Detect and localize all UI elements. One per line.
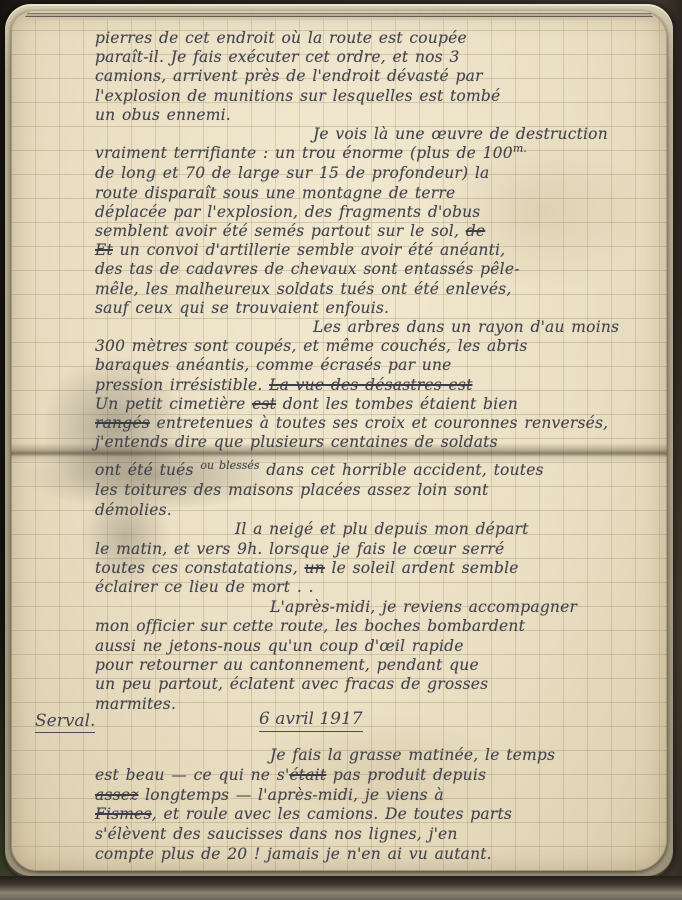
text-segment: démolies. xyxy=(95,501,172,519)
text-segment: éclairer ce lieu de mort . . xyxy=(95,578,314,596)
handwritten-line: démolies. xyxy=(95,501,659,520)
handwritten-line: L'après-midi, je reviens accompagner xyxy=(95,598,659,617)
text-segment: déplacée par l'explosion, des fragments … xyxy=(95,203,480,221)
text-segment: pierres de cet endroit où la route est c… xyxy=(95,29,467,47)
handwritten-line: rangés entretenues à toutes ses croix et… xyxy=(95,414,659,433)
text-segment: l'explosion de munitions sur lesquelles … xyxy=(95,87,500,105)
handwritten-line: toutes ces constatations, un le soleil a… xyxy=(95,559,659,578)
handwritten-line: est beau — ce qui ne s'était pas produit… xyxy=(95,766,659,786)
struck-text: est xyxy=(252,395,276,413)
notebook-cover-edge xyxy=(0,876,682,900)
text-segment: les toitures des maisons placées assez l… xyxy=(95,481,488,499)
text-segment: 300 mètres sont coupés, et même couchés,… xyxy=(95,337,528,355)
text-segment: longtemps — l'après-midi, je viens à xyxy=(139,786,444,804)
handwritten-line: Les arbres dans un rayon d'au moins xyxy=(95,318,659,337)
text-segment: s'élèvent des saucisses dans nos lignes,… xyxy=(95,825,458,843)
text-segment: le soleil ardent semble xyxy=(325,559,519,577)
text-segment: entretenues à toutes ses croix et couron… xyxy=(150,414,608,432)
struck-text: La vue des désastres est xyxy=(269,376,472,394)
handwritten-line: vraiment terrifiante : un trou énorme (p… xyxy=(95,144,659,164)
handwritten-line: des tas de cadavres de chevaux sont enta… xyxy=(95,260,659,279)
text-segment: ont été tués xyxy=(95,461,200,479)
handwritten-line: Fismes, et roule avec les camions. De to… xyxy=(95,805,659,825)
handwritten-line: aussi ne jetons-nous qu'un coup d'œil ra… xyxy=(95,637,659,656)
handwritten-line: un peu partout, éclatent avec fracas de … xyxy=(95,675,659,694)
text-segment: un obus ennemi. xyxy=(95,106,231,124)
text-segment: un peu partout, éclatent avec fracas de … xyxy=(95,675,488,693)
handwritten-line: le matin, et vers 9h. lorsque je fais le… xyxy=(95,540,659,559)
handwritten-line: s'élèvent des saucisses dans nos lignes,… xyxy=(95,825,659,845)
text-segment: est beau — ce qui ne s' xyxy=(95,766,289,784)
handwritten-line: baraques anéantis, comme écrasés par une xyxy=(95,356,659,375)
handwritten-line: semblent avoir été semés partout sur le … xyxy=(95,222,659,241)
handwritten-line: assez longtemps — l'après-midi, je viens… xyxy=(95,786,659,806)
handwritten-line: Je vois là une œuvre de destruction xyxy=(95,125,659,144)
handwritten-line: camions, arrivent près de l'endroit déva… xyxy=(95,67,659,86)
margin-note: Serval. xyxy=(35,711,95,733)
text-segment: un convoi d'artillerie semble avoir été … xyxy=(113,241,505,259)
handwritten-line: paraît-il. Je fais exécuter cet ordre, e… xyxy=(95,48,659,67)
text-segment: L'après-midi, je reviens accompagner xyxy=(270,598,577,616)
date-heading: 6 avril 1917 xyxy=(259,709,363,732)
text-segment: pression irrésistible. xyxy=(95,376,269,394)
handwritten-line: un obus ennemi. xyxy=(95,106,659,125)
text-segment: marmites. xyxy=(95,695,176,713)
handwritten-line: Je fais la grasse matinée, le temps xyxy=(95,746,659,766)
handwritten-line: l'explosion de munitions sur lesquelles … xyxy=(95,87,659,106)
handwritten-line: de long et 70 de large sur 15 de profond… xyxy=(95,164,659,183)
struck-text: rangés xyxy=(95,414,150,432)
struck-text: un xyxy=(304,559,324,577)
text-segment: de long et 70 de large sur 15 de profond… xyxy=(95,164,490,182)
text-segment: compte plus de 20 ! jamais je n'en ai vu… xyxy=(95,845,492,863)
text-segment: Un petit cimetière xyxy=(95,395,252,413)
struck-text: assez xyxy=(95,786,139,804)
handwritten-line: déplacée par l'explosion, des fragments … xyxy=(95,203,659,222)
struck-text: était xyxy=(289,766,326,784)
handwritten-line: mon officier sur cette route, les boches… xyxy=(95,617,659,636)
page-top-edges xyxy=(25,11,653,20)
diary-page: pierres de cet endroit où la route est c… xyxy=(11,11,667,871)
text-segment: Les arbres dans un rayon d'au moins xyxy=(313,318,619,336)
diary-photo: pierres de cet endroit où la route est c… xyxy=(0,0,682,900)
text-segment: aussi ne jetons-nous qu'un coup d'œil ra… xyxy=(95,637,464,655)
inserted-text: m. xyxy=(513,142,527,155)
handwritten-line: route disparaît sous une montagne de ter… xyxy=(95,184,659,203)
text-segment: sauf ceux qui se trouvaient enfouis. xyxy=(95,299,389,317)
text-segment: des tas de cadavres de chevaux sont enta… xyxy=(95,260,520,278)
text-segment: baraques anéantis, comme écrasés par une xyxy=(95,356,452,374)
handwritten-line: Un petit cimetière est dont les tombes é… xyxy=(95,395,659,414)
struck-text: Fismes xyxy=(95,805,152,823)
handwritten-line: pression irrésistible. La vue des désast… xyxy=(95,376,659,395)
handwritten-line: j'entends dire que plusieurs centaines d… xyxy=(95,433,659,452)
text-segment: route disparaît sous une montagne de ter… xyxy=(95,184,455,202)
handwritten-line: mêle, les malheureux soldats tués ont ét… xyxy=(95,280,659,299)
handwritten-line: marmites. xyxy=(95,695,659,714)
text-segment: toutes ces constatations, xyxy=(95,559,304,577)
handwriting-block-below-fold: ont été tués ou blessés dans cet horribl… xyxy=(95,461,659,714)
handwriting-block-above-fold: pierres de cet endroit où la route est c… xyxy=(95,29,659,452)
handwritten-line: Il a neigé et plu depuis mon départ xyxy=(95,520,659,539)
text-segment: mon officier sur cette route, les boches… xyxy=(95,617,525,635)
handwritten-line: pour retourner au cantonnement, pendant … xyxy=(95,656,659,675)
handwritten-line: 300 mètres sont coupés, et même couchés,… xyxy=(95,337,659,356)
text-segment: j'entends dire que plusieurs centaines d… xyxy=(95,433,498,451)
handwritten-line: pierres de cet endroit où la route est c… xyxy=(95,29,659,48)
text-segment: le matin, et vers 9h. lorsque je fais le… xyxy=(95,540,504,558)
struck-text: Et xyxy=(95,241,113,259)
text-segment: Je vois là une œuvre de destruction xyxy=(313,125,608,143)
text-segment: Je fais la grasse matinée, le temps xyxy=(270,746,555,764)
text-segment: dont les tombes étaient bien xyxy=(276,395,518,413)
text-segment: dans cet horrible accident, toutes xyxy=(260,461,544,479)
text-segment: camions, arrivent près de l'endroit déva… xyxy=(95,67,483,85)
handwritten-line: Et un convoi d'artillerie semble avoir é… xyxy=(95,241,659,260)
struck-text: de xyxy=(466,222,486,240)
handwritten-line: sauf ceux qui se trouvaient enfouis. xyxy=(95,299,659,318)
text-segment: Il a neigé et plu depuis mon départ xyxy=(235,520,529,538)
text-segment: mêle, les malheureux soldats tués ont ét… xyxy=(95,280,511,298)
text-segment: pas produit depuis xyxy=(326,766,486,784)
handwritten-line: compte plus de 20 ! jamais je n'en ai vu… xyxy=(95,845,659,865)
handwriting-block-entry: Je fais la grasse matinée, le tempsest b… xyxy=(95,746,659,865)
text-segment: pour retourner au cantonnement, pendant … xyxy=(95,656,479,674)
text-segment: paraît-il. Je fais exécuter cet ordre, e… xyxy=(95,48,460,66)
text-segment: semblent avoir été semés partout sur le … xyxy=(95,222,466,240)
text-segment: vraiment terrifiante : un trou énorme (p… xyxy=(95,144,513,162)
inserted-text: ou blessés xyxy=(200,459,259,472)
handwritten-line: ont été tués ou blessés dans cet horribl… xyxy=(95,461,659,481)
handwritten-line: les toitures des maisons placées assez l… xyxy=(95,481,659,500)
text-segment: , et roule avec les camions. De toutes p… xyxy=(152,805,512,823)
handwritten-line: éclairer ce lieu de mort . . xyxy=(95,578,659,597)
